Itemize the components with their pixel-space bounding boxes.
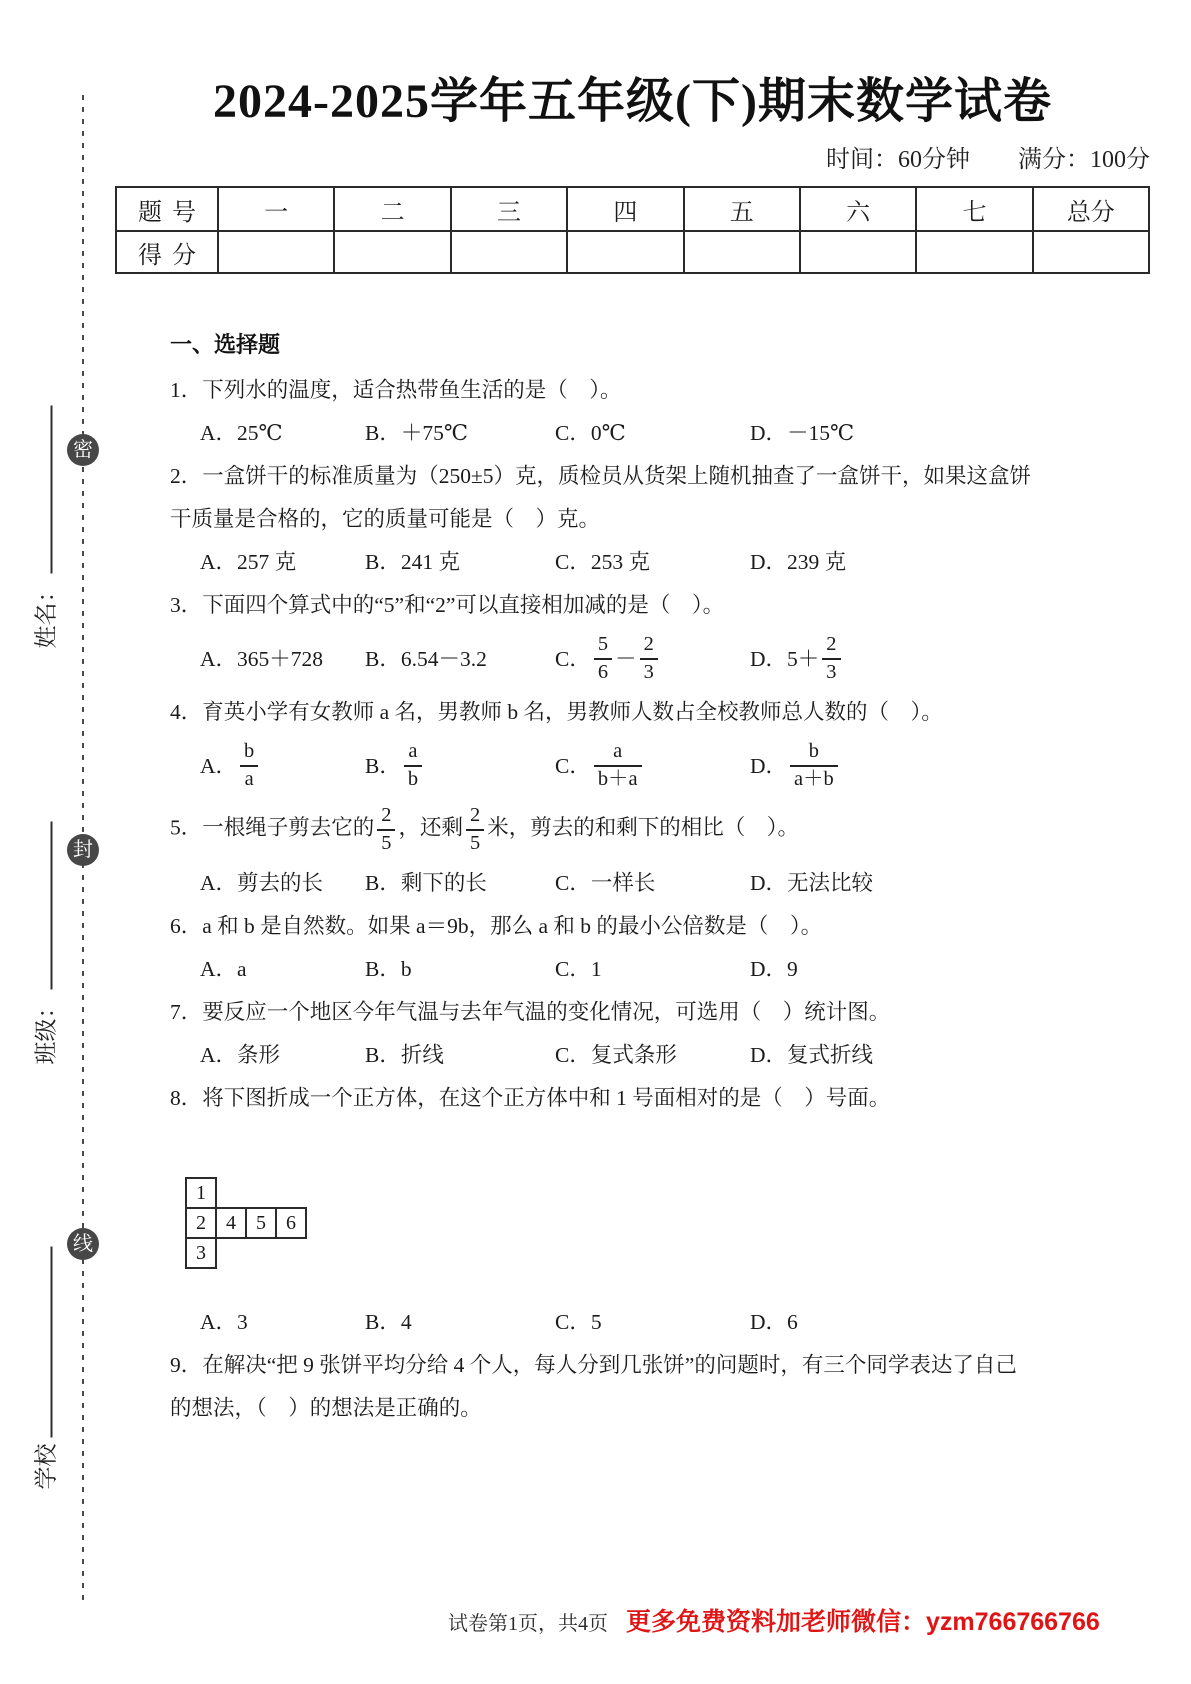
text-segment: 6 <box>787 1307 798 1337</box>
score-table-score-row: 得分 <box>116 231 1149 273</box>
net-cell-4: 4 <box>215 1207 247 1239</box>
text-segment: b <box>401 954 412 984</box>
score-cell <box>334 231 450 273</box>
col-6: 六 <box>800 187 916 231</box>
fraction: 25 <box>466 804 484 855</box>
text-segment: 4 <box>401 1307 412 1337</box>
fraction-numerator: 2 <box>640 633 658 659</box>
question-5-option-D: D．无法比较 <box>750 868 1150 898</box>
fraction: 25 <box>377 804 395 855</box>
question-8-option-C: C．5 <box>555 1307 750 1337</box>
option-label: C． <box>555 418 591 448</box>
option-label: A． <box>200 751 237 781</box>
text-segment: 365＋728 <box>237 644 323 674</box>
text-segment: 5．一根绳子剪去它的 <box>170 816 374 840</box>
question-4-options: A．baB．abC．ab＋aD．ba＋b <box>170 740 1150 791</box>
question-8: 8．将下图折成一个正方体，在这个正方体中和 1 号面相对的是（ ）号面。1245… <box>170 1083 1150 1337</box>
time-limit: 时间：60分钟 <box>826 147 970 173</box>
text-segment: 8．将下图折成一个正方体，在这个正方体中和 1 号面相对的是（ ）号面。 <box>170 1086 890 1110</box>
name-blank-line <box>50 406 53 574</box>
question-4-option-D: D．ba＋b <box>750 740 1150 791</box>
fraction-numerator: a <box>404 740 422 766</box>
question-1-line-1: 1．下列水的温度，适合热带鱼生活的是（ ）。 <box>170 375 1150 405</box>
content-area: 2024-2025学年五年级(下)期末数学试卷 时间：60分钟 满分：100分 … <box>115 74 1150 1436</box>
net-cell-3: 3 <box>185 1237 217 1269</box>
text-segment: 239 克 <box>787 547 846 577</box>
text-segment: 3 <box>237 1307 248 1337</box>
question-2: 2．一盒饼干的标准质量为（250±5）克，质检员从货架上随机抽查了一盒饼干，如果… <box>170 461 1150 577</box>
fraction-numerator: 2 <box>822 633 840 659</box>
option-label: D． <box>750 751 787 781</box>
col-total: 总分 <box>1033 187 1149 231</box>
option-label: B． <box>365 868 401 898</box>
fraction-denominator: b <box>404 767 422 791</box>
question-1-option-A: A．25℃ <box>200 418 365 448</box>
option-label: B． <box>365 751 401 781</box>
option-label: C． <box>555 1040 591 1070</box>
question-5-line-1: 5．一根绳子剪去它的25，还剩25米，剪去的和剩下的相比（ ）。 <box>170 804 1150 855</box>
text-segment: 5＋ <box>787 644 819 674</box>
net-cell-6: 6 <box>275 1207 307 1239</box>
question-2-line-1: 2．一盒饼干的标准质量为（250±5）克，质检员从货架上随机抽查了一盒饼干，如果… <box>170 461 1150 491</box>
question-2-line-2: 干质量是合格的，它的质量可能是（ ）克。 <box>170 504 1150 534</box>
option-label: C． <box>555 751 591 781</box>
text-segment: 无法比较 <box>787 868 873 898</box>
question-number-header: 题号 <box>116 187 218 231</box>
option-label: B． <box>365 954 401 984</box>
score-cell <box>800 231 916 273</box>
seal-mark-feng: 封 <box>67 834 99 866</box>
text-segment: 条形 <box>237 1040 280 1070</box>
fraction: ab <box>404 740 422 791</box>
question-2-option-C: C．253 克 <box>555 547 750 577</box>
text-segment: 9 <box>787 954 798 984</box>
question-1-option-B: B．＋75℃ <box>365 418 555 448</box>
question-7: 7．要反应一个地区今年气温与去年气温的变化情况，可选用（ ）统计图。A．条形B．… <box>170 997 1150 1070</box>
question-2-options: A．257 克B．241 克C．253 克D．239 克 <box>170 547 1150 577</box>
text-segment: 0℃ <box>591 418 626 448</box>
page-title: 2024-2025学年五年级(下)期末数学试卷 <box>115 74 1150 129</box>
question-5: 5．一根绳子剪去它的25，还剩25米，剪去的和剩下的相比（ ）。A．剪去的长B．… <box>170 804 1150 898</box>
col-5: 五 <box>684 187 800 231</box>
question-6-option-B: B．b <box>365 954 555 984</box>
question-3-option-B: B．6.54－3.2 <box>365 644 555 674</box>
question-7-option-B: B．折线 <box>365 1040 555 1070</box>
option-label: C． <box>555 868 591 898</box>
school-blank-line <box>50 1247 53 1438</box>
fraction-denominator: b＋a <box>594 767 642 791</box>
text-segment: 1 <box>591 954 602 984</box>
cube-net-figure: 124563 <box>185 1177 315 1273</box>
question-4-line-1: 4．育英小学有女教师 a 名，男教师 b 名，男教师人数占全校教师总人数的（ ）… <box>170 697 1150 727</box>
option-label: D． <box>750 1040 787 1070</box>
text-segment: 241 克 <box>401 547 460 577</box>
option-label: A． <box>200 954 237 984</box>
option-label: A． <box>200 1040 237 1070</box>
fraction-denominator: 3 <box>822 660 840 684</box>
option-label: A． <box>200 868 237 898</box>
question-8-options: A．3B．4C．5D．6 <box>170 1307 1150 1337</box>
fraction: ba＋b <box>790 740 838 791</box>
section-heading: 一、选择题 <box>170 328 1150 359</box>
text-segment: a <box>237 954 247 984</box>
text-segment: 一样长 <box>591 868 656 898</box>
text-segment: ＋75℃ <box>401 418 468 448</box>
score-cell <box>684 231 800 273</box>
text-segment: 9．在解决“把 9 张饼平均分给 4 个人，每人分到几张饼”的问题时，有三个同学… <box>170 1353 1017 1377</box>
score-cell <box>567 231 683 273</box>
page-footer: 试卷第1页，共4页 更多免费资料加老师微信：yzm766766766 <box>448 1602 1100 1638</box>
option-label: D． <box>750 547 787 577</box>
text-segment: ，还剩 <box>398 816 463 840</box>
fraction-denominator: 6 <box>594 660 612 684</box>
question-3: 3．下面四个算式中的“5”和“2”可以直接相加减的是（ ）。A．365＋728B… <box>170 590 1150 684</box>
question-8-option-B: B．4 <box>365 1307 555 1337</box>
option-label: D． <box>750 644 787 674</box>
option-label: B． <box>365 1307 401 1337</box>
question-3-line-1: 3．下面四个算式中的“5”和“2”可以直接相加减的是（ ）。 <box>170 590 1150 620</box>
text-segment: 剩下的长 <box>401 868 487 898</box>
option-label: A． <box>200 1307 237 1337</box>
score-cell <box>1033 231 1149 273</box>
fraction-denominator: 5 <box>377 831 395 855</box>
option-label: B． <box>365 644 401 674</box>
question-7-option-A: A．条形 <box>200 1040 365 1070</box>
question-2-option-A: A．257 克 <box>200 547 365 577</box>
option-label: B． <box>365 1040 401 1070</box>
text-segment: 25℃ <box>237 418 283 448</box>
question-7-line-1: 7．要反应一个地区今年气温与去年气温的变化情况，可选用（ ）统计图。 <box>170 997 1150 1027</box>
question-7-options: A．条形B．折线C．复式条形D．复式折线 <box>170 1040 1150 1070</box>
exam-page: 密 封 线 姓名： 班级： 学校 2024-2025学年五年级(下)期末数学试卷… <box>0 0 1191 1684</box>
exam-meta: 时间：60分钟 满分：100分 <box>115 139 1150 174</box>
fraction-numerator: a <box>594 740 642 766</box>
text-segment: 剪去的长 <box>237 868 323 898</box>
score-table: 题号 一 二 三 四 五 六 七 总分 得分 <box>115 186 1150 274</box>
option-label: C． <box>555 1307 591 1337</box>
question-7-option-D: D．复式折线 <box>750 1040 1150 1070</box>
text-segment: 3．下面四个算式中的“5”和“2”可以直接相加减的是（ ）。 <box>170 593 724 617</box>
question-9-line-1: 9．在解决“把 9 张饼平均分给 4 个人，每人分到几张饼”的问题时，有三个同学… <box>170 1350 1150 1380</box>
option-label: A． <box>200 547 237 577</box>
text-segment: 257 克 <box>237 547 296 577</box>
fraction: 56 <box>594 633 612 684</box>
name-field: 姓名： <box>21 404 61 649</box>
fraction: ba <box>240 740 258 791</box>
col-4: 四 <box>567 187 683 231</box>
question-9: 9．在解决“把 9 张饼平均分给 4 个人，每人分到几张饼”的问题时，有三个同学… <box>170 1350 1150 1423</box>
text-segment: 的想法，（ ）的想法是正确的。 <box>170 1396 482 1420</box>
text-segment: 干质量是合格的，它的质量可能是（ ）克。 <box>170 507 600 531</box>
col-2: 二 <box>334 187 450 231</box>
question-4-option-B: B．ab <box>365 740 555 791</box>
question-4-option-C: C．ab＋a <box>555 740 750 791</box>
text-segment: 6.54－3.2 <box>401 644 487 674</box>
fraction-numerator: 2 <box>377 804 395 830</box>
question-6-line-1: 6．a 和 b 是自然数。如果 a＝9b，那么 a 和 b 的最小公倍数是（ ）… <box>170 911 1150 941</box>
text-segment: －15℃ <box>787 418 854 448</box>
class-blank-line <box>50 822 53 990</box>
question-4-option-A: A．ba <box>200 740 365 791</box>
score-table-header-row: 题号 一 二 三 四 五 六 七 总分 <box>116 187 1149 231</box>
fraction: 23 <box>822 633 840 684</box>
question-6-option-C: C．1 <box>555 954 750 984</box>
text-segment: － <box>615 644 637 674</box>
option-label: D． <box>750 418 787 448</box>
option-label: A． <box>200 418 237 448</box>
text-segment: 米，剪去的和剩下的相比（ ）。 <box>487 816 799 840</box>
school-field-label: 学校 <box>33 1444 61 1490</box>
option-label: B． <box>365 418 401 448</box>
question-8-line-1: 8．将下图折成一个正方体，在这个正方体中和 1 号面相对的是（ ）号面。 <box>170 1083 1150 1113</box>
question-5-options: A．剪去的长B．剩下的长C．一样长D．无法比较 <box>170 868 1150 898</box>
question-3-option-A: A．365＋728 <box>200 644 365 674</box>
question-5-option-A: A．剪去的长 <box>200 868 365 898</box>
questions-section: 一、选择题 1．下列水的温度，适合热带鱼生活的是（ ）。A．25℃B．＋75℃C… <box>115 328 1150 1423</box>
school-field: 学校 <box>21 1245 61 1490</box>
question-5-option-B: B．剩下的长 <box>365 868 555 898</box>
option-label: A． <box>200 644 237 674</box>
text-segment: 7．要反应一个地区今年气温与去年气温的变化情况，可选用（ ）统计图。 <box>170 1000 890 1024</box>
seal-mark-mi: 密 <box>67 434 99 466</box>
option-label: C． <box>555 547 591 577</box>
text-segment: 253 克 <box>591 547 650 577</box>
question-1-options: A．25℃B．＋75℃C．0℃D．－15℃ <box>170 418 1150 448</box>
question-6-option-D: D．9 <box>750 954 1150 984</box>
fraction: 23 <box>640 633 658 684</box>
option-label: C． <box>555 954 591 984</box>
net-cell-5: 5 <box>245 1207 277 1239</box>
text-segment: 5 <box>591 1307 602 1337</box>
question-1: 1．下列水的温度，适合热带鱼生活的是（ ）。A．25℃B．＋75℃C．0℃D．－… <box>170 375 1150 448</box>
question-9-line-2: 的想法，（ ）的想法是正确的。 <box>170 1393 1150 1423</box>
promo-text: 更多免费资料加老师微信：yzm766766766 <box>626 1602 1100 1638</box>
question-3-options: A．365＋728B．6.54－3.2C．56－23D．5＋23 <box>170 633 1150 684</box>
fraction-denominator: 3 <box>640 660 658 684</box>
col-7: 七 <box>916 187 1032 231</box>
option-label: D． <box>750 954 787 984</box>
question-7-option-C: C．复式条形 <box>555 1040 750 1070</box>
class-field: 班级： <box>21 820 61 1065</box>
question-2-option-D: D．239 克 <box>750 547 1150 577</box>
seal-mark-xian: 线 <box>67 1228 99 1260</box>
score-header: 得分 <box>116 231 218 273</box>
question-6-options: A．aB．bC．1D．9 <box>170 954 1150 984</box>
question-8-option-A: A．3 <box>200 1307 365 1337</box>
text-segment: 复式折线 <box>787 1040 873 1070</box>
question-1-option-C: C．0℃ <box>555 418 750 448</box>
score-cell <box>916 231 1032 273</box>
questions-container: 1．下列水的温度，适合热带鱼生活的是（ ）。A．25℃B．＋75℃C．0℃D．－… <box>170 375 1150 1423</box>
question-2-option-B: B．241 克 <box>365 547 555 577</box>
question-6-option-A: A．a <box>200 954 365 984</box>
fraction-numerator: 2 <box>466 804 484 830</box>
question-5-option-C: C．一样长 <box>555 868 750 898</box>
fraction-numerator: b <box>790 740 838 766</box>
text-segment: 4．育英小学有女教师 a 名，男教师 b 名，男教师人数占全校教师总人数的（ ）… <box>170 700 943 724</box>
col-3: 三 <box>451 187 567 231</box>
question-1-option-D: D．－15℃ <box>750 418 1150 448</box>
option-label: D． <box>750 868 787 898</box>
question-4: 4．育英小学有女教师 a 名，男教师 b 名，男教师人数占全校教师总人数的（ ）… <box>170 697 1150 791</box>
net-cell-2: 2 <box>185 1207 217 1239</box>
text-segment: 折线 <box>401 1040 444 1070</box>
option-label: C． <box>555 644 591 674</box>
text-segment: 2．一盒饼干的标准质量为（250±5）克，质检员从货架上随机抽查了一盒饼干，如果… <box>170 464 1031 488</box>
fraction-denominator: a <box>240 767 258 791</box>
score-cell <box>451 231 567 273</box>
text-segment: 复式条形 <box>591 1040 677 1070</box>
fraction-denominator: 5 <box>466 831 484 855</box>
question-6: 6．a 和 b 是自然数。如果 a＝9b，那么 a 和 b 的最小公倍数是（ ）… <box>170 911 1150 984</box>
fraction: ab＋a <box>594 740 642 791</box>
net-cell-1: 1 <box>185 1177 217 1209</box>
name-field-label: 姓名： <box>33 580 61 649</box>
question-3-option-D: D．5＋23 <box>750 633 1150 684</box>
question-3-option-C: C．56－23 <box>555 633 750 684</box>
fraction-numerator: 5 <box>594 633 612 659</box>
class-field-label: 班级： <box>33 996 61 1065</box>
col-1: 一 <box>218 187 334 231</box>
option-label: B． <box>365 547 401 577</box>
fraction-numerator: b <box>240 740 258 766</box>
fraction-denominator: a＋b <box>790 767 838 791</box>
question-8-option-D: D．6 <box>750 1307 1150 1337</box>
score-cell <box>218 231 334 273</box>
option-label: D． <box>750 1307 787 1337</box>
full-score: 满分：100分 <box>1018 147 1150 173</box>
page-info: 试卷第1页，共4页 <box>448 1607 608 1636</box>
text-segment: 1．下列水的温度，适合热带鱼生活的是（ ）。 <box>170 378 622 402</box>
text-segment: 6．a 和 b 是自然数。如果 a＝9b，那么 a 和 b 的最小公倍数是（ ）… <box>170 914 822 938</box>
